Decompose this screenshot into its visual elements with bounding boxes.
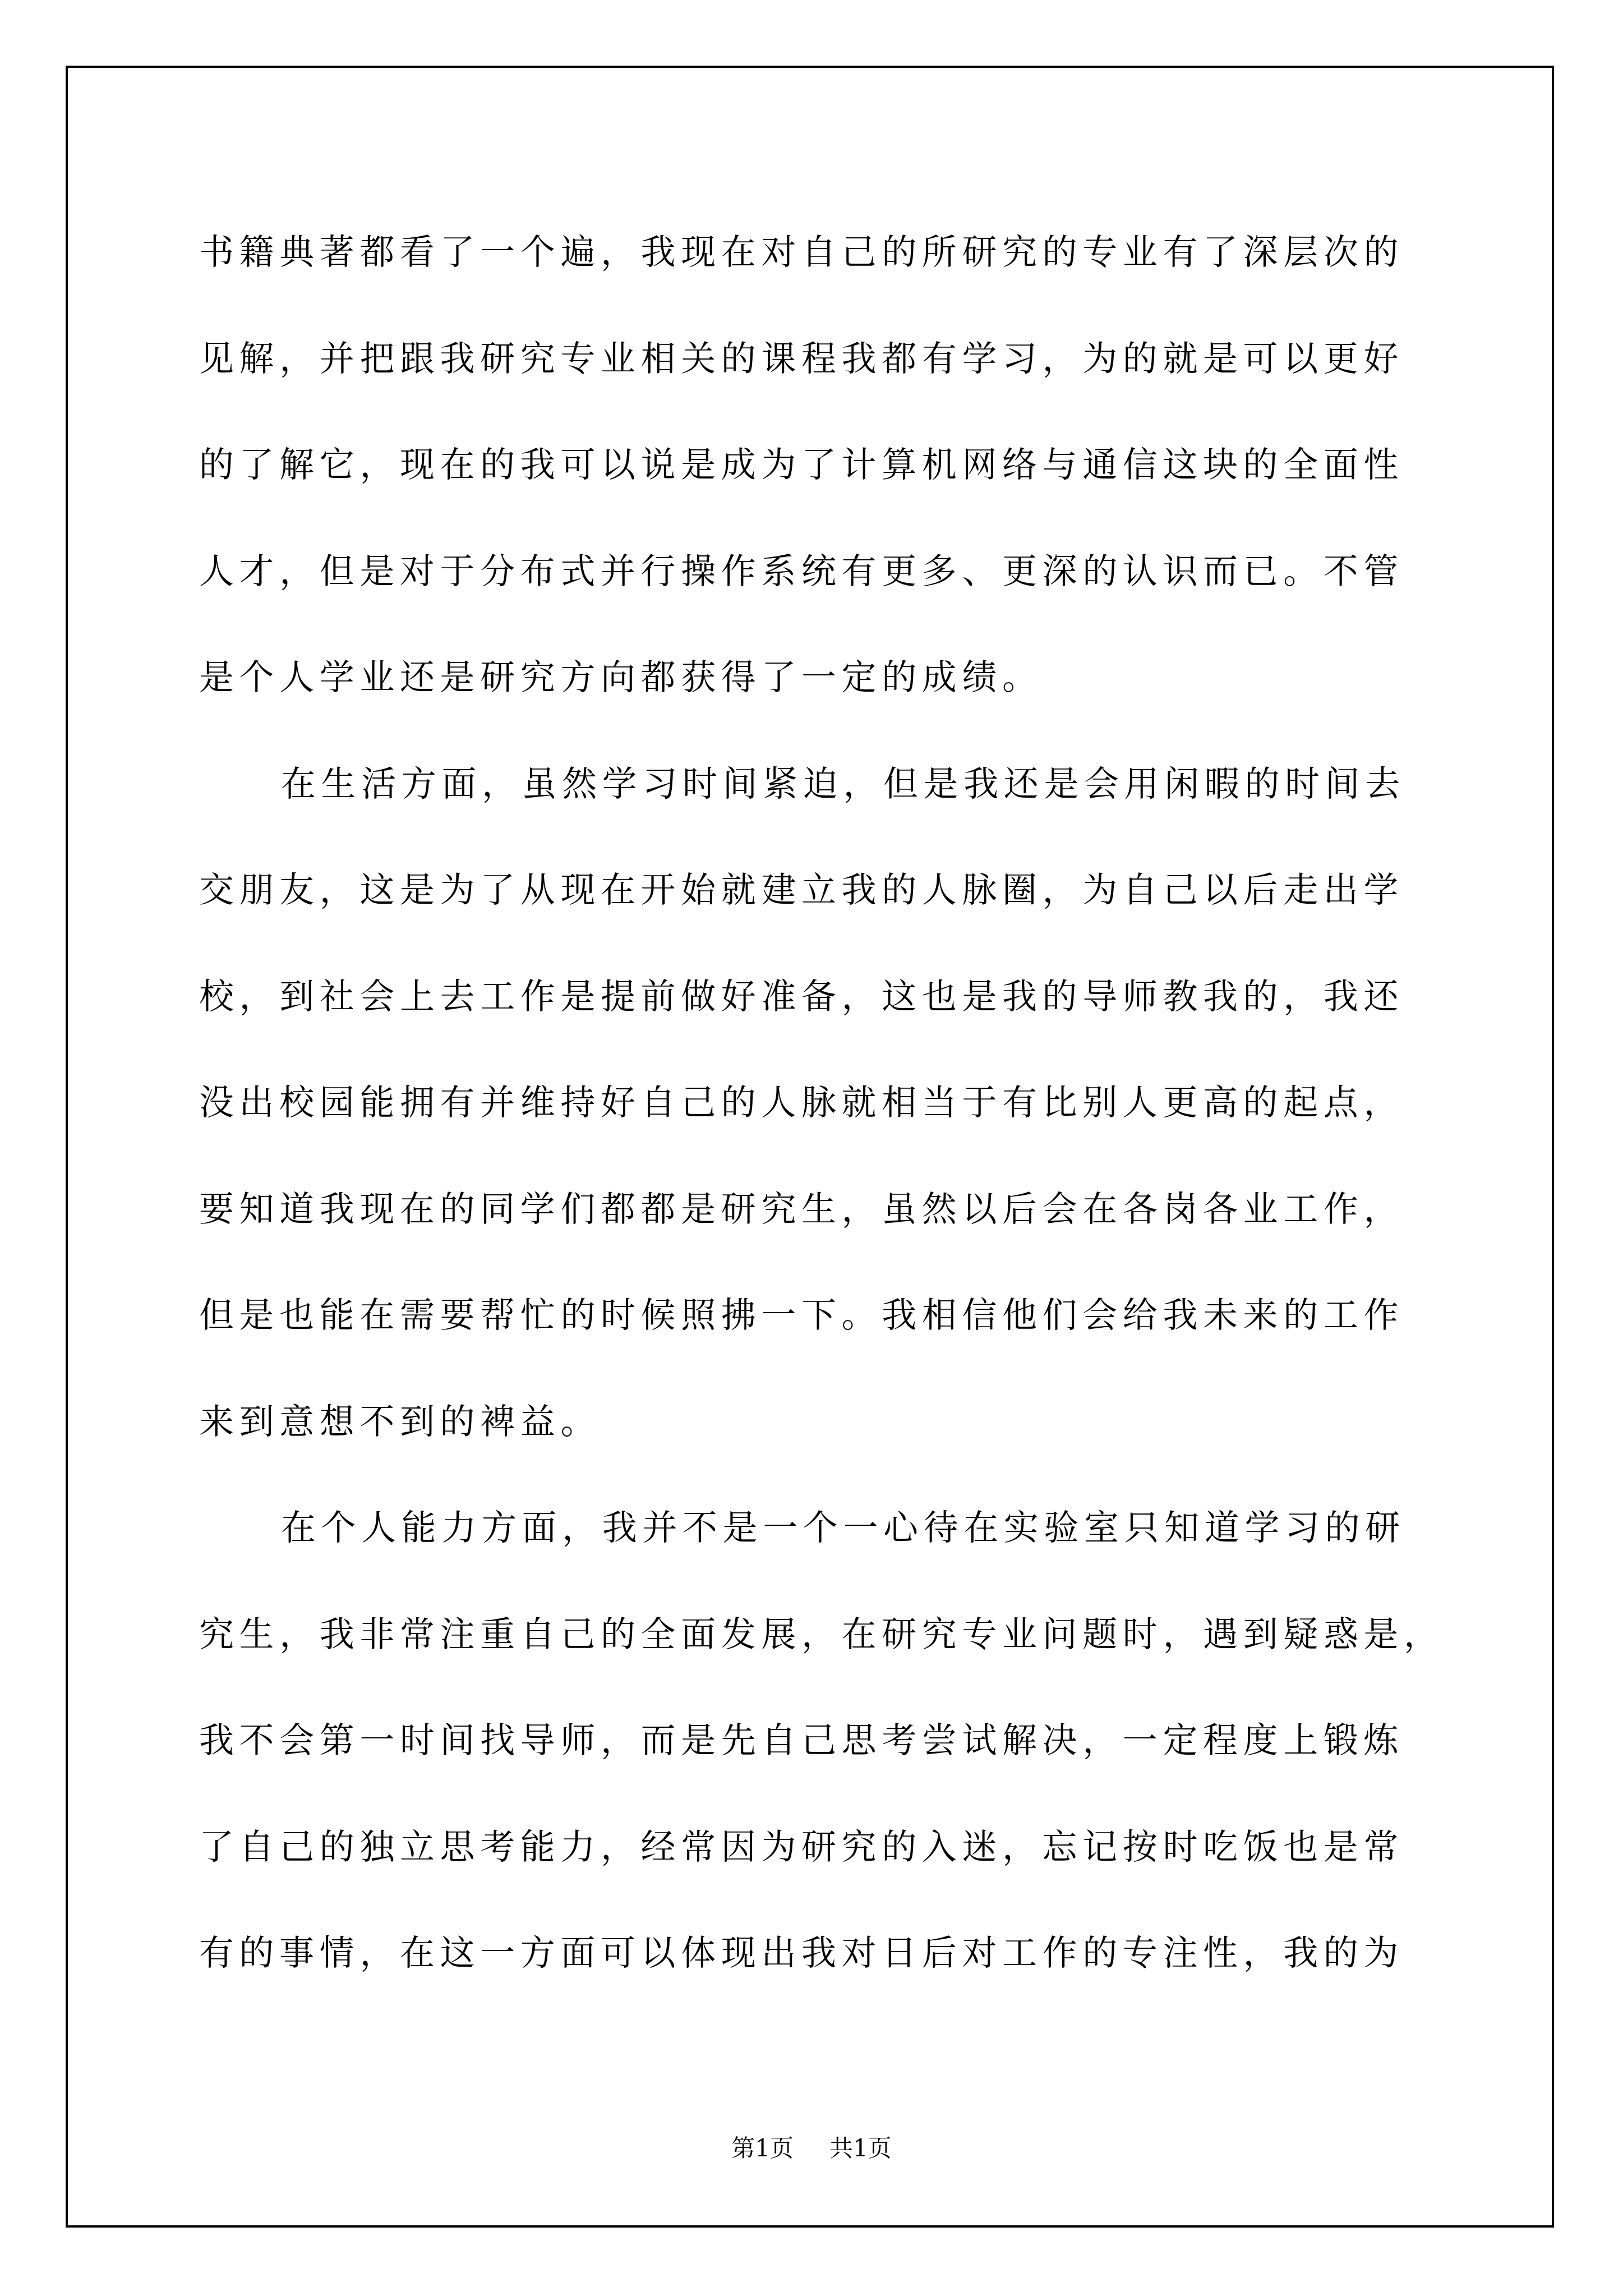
text-line-2: 见解，并把跟我研究专业相关的课程我都有学习，为的就是可以更好	[199, 328, 1433, 435]
text-line-5: 是个人学业还是研究方向都获得了一定的成绩。	[199, 647, 1433, 753]
text-line-1: 书籍典著都看了一个遍，我现在对自己的所研究的专业有了深层次的	[199, 222, 1433, 328]
text-line-6-paragraph-start: 在生活方面，虽然学习时间紧迫，但是我还是会用闲暇的时间去	[199, 753, 1433, 860]
text-line-17: 有的事情，在这一方面可以体现出我对日后对工作的专注性，我的为	[199, 1922, 1433, 2029]
text-line-10: 要知道我现在的同学们都都是研究生，虽然以后会在各岗各业工作，	[199, 1179, 1433, 1285]
text-line-12: 来到意想不到的裨益。	[199, 1391, 1433, 1498]
text-line-3: 的了解它，现在的我可以说是成为了计算机网络与通信这块的全面性	[199, 434, 1433, 541]
text-line-16: 了自己的独立思考能力，经常因为研究的入迷，忘记按时吃饭也是常	[199, 1816, 1433, 1923]
text-line-15: 我不会第一时间找导师，而是先自己思考尝试解决，一定程度上锻炼	[199, 1710, 1433, 1816]
text-line-7: 交朋友，这是为了从现在开始就建立我的人脉圈，为自己以后走出学	[199, 859, 1433, 966]
text-line-11: 但是也能在需要帮忙的时候照拂一下。我相信他们会给我未来的工作	[199, 1285, 1433, 1391]
current-page-label: 第1页	[731, 2134, 794, 2162]
document-body: 书籍典著都看了一个遍，我现在对自己的所研究的专业有了深层次的 见解，并把跟我研究…	[199, 222, 1433, 2029]
page-footer: 第1页共1页	[0, 2132, 1623, 2165]
text-line-14: 究生，我非常注重自己的全面发展，在研究专业问题时，遇到疑惑是，	[199, 1604, 1433, 1710]
text-line-9: 没出校园能拥有并维持好自己的人脉就相当于有比别人更高的起点，	[199, 1072, 1433, 1179]
text-line-8: 校，到社会上去工作是提前做好准备，这也是我的导师教我的，我还	[199, 966, 1433, 1073]
total-pages-label: 共1页	[829, 2134, 892, 2162]
text-line-4: 人才，但是对于分布式并行操作系统有更多、更深的认识而已。不管	[199, 541, 1433, 647]
text-line-13-paragraph-start: 在个人能力方面，我并不是一个一心待在实验室只知道学习的研	[199, 1497, 1433, 1604]
